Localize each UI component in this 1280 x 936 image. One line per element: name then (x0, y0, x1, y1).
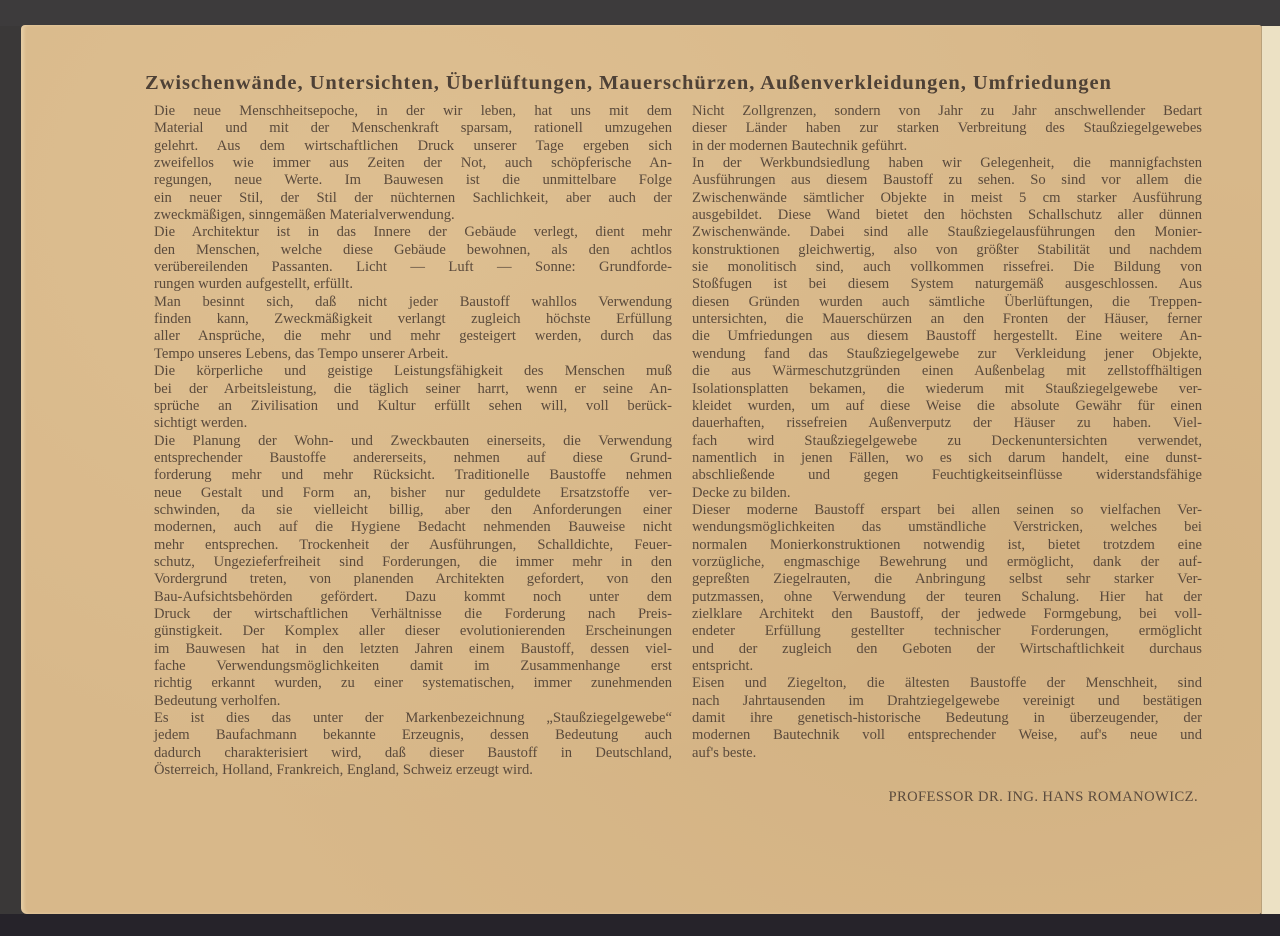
text-line: Ausführungen aus diesem Baustoff zu sehe… (692, 172, 1202, 189)
text-line: zweckmäßigen, sinngemäßen Materialverwen… (154, 207, 672, 224)
text-line: modernen Bautechnik voll entsprechender … (692, 727, 1202, 744)
text-line: sichtigt werden. (154, 415, 672, 432)
text-line: Eisen und Ziegelton, die ältesten Bausto… (692, 675, 1202, 692)
text-line: dauerhaften, rissefreien Außenverputz de… (692, 415, 1202, 432)
text-line: abschließende und gegen Feuchtigkeitsein… (692, 467, 1202, 484)
text-line: die Umfriedungen aus diesem Baustoff her… (692, 328, 1202, 345)
text-line: regungen, neue Werte. Im Bauwesen ist di… (154, 172, 672, 189)
scan-backdrop-bottom (0, 914, 1280, 936)
text-line: Die körperliche und geistige Leistungsfä… (154, 363, 672, 380)
text-line: Bedeutung verholfen. (154, 693, 672, 710)
text-line: entsprechender Baustoffe andererseits, n… (154, 450, 672, 467)
author-signature: PROFESSOR DR. ING. HANS ROMANOWICZ. (692, 789, 1198, 806)
text-line: richtig erkannt wurden, zu einer systema… (154, 675, 672, 692)
text-line: mehr entsprechen. Trockenheit der Ausfüh… (154, 537, 672, 554)
text-line: Es ist dies das unter der Markenbezeichn… (154, 710, 672, 727)
text-line: modernen, auch auf die Hygiene Bedacht n… (154, 519, 672, 536)
paragraph: Es ist dies das unter der Markenbezeichn… (154, 710, 672, 779)
text-line: günstigkeit. Der Komplex aller dieser ev… (154, 623, 672, 640)
text-line: Vordergrund treten, von planenden Archit… (154, 571, 672, 588)
text-line: Decke zu bilden. (692, 485, 1202, 502)
text-line: verübereilenden Passanten. Licht — Luft … (154, 259, 672, 276)
text-line: normalen Monierkonstruktionen notwendig … (692, 537, 1202, 554)
text-line: untersichten, die Mauerschürzen an den F… (692, 311, 1202, 328)
text-line: neue Gestalt und Form an, bisher nur ged… (154, 485, 672, 502)
text-line: im Bauwesen hat in den letzten Jahren ei… (154, 641, 672, 658)
right-text-column: Nicht Zollgrenzen, sondern von Jahr zu J… (692, 103, 1202, 762)
paragraph: Die neue Menschheitsepoche, in der wir l… (154, 103, 672, 224)
text-line: nach Jahrtausenden im Drahtziegelgewebe … (692, 693, 1202, 710)
text-line: fach wird Staußziegelgewebe zu Deckenunt… (692, 433, 1202, 450)
text-line: Die Planung der Wohn- und Zweckbauten ei… (154, 433, 672, 450)
text-line: bei der Arbeitsleistung, die täglich sei… (154, 381, 672, 398)
text-line: Zwischenwände sämtlicher Objekte in meis… (692, 190, 1202, 207)
page-headline: Zwischenwände, Untersichten, Überlüftung… (145, 72, 1205, 95)
text-line: diesen Gründen wurden auch sämtliche Übe… (692, 294, 1202, 311)
text-line: rungen wurden aufgestellt, erfüllt. (154, 276, 672, 293)
text-line: auf's beste. (692, 745, 1202, 762)
text-line: wendungsmöglichkeiten das umständliche V… (692, 519, 1202, 536)
paragraph: Die Planung der Wohn- und Zweckbauten ei… (154, 433, 672, 711)
text-line: aller Ansprüche, die mehr und mehr geste… (154, 328, 672, 345)
text-line: finden kann, Zweckmäßigkeit verlangt zug… (154, 311, 672, 328)
text-line: gepreßten Ziegelrauten, die Anbringung s… (692, 571, 1202, 588)
text-line: gelehrt. Aus dem wirtschaftlichen Druck … (154, 138, 672, 155)
paragraph: Die Architektur ist in das Innere der Ge… (154, 224, 672, 293)
left-text-column: Die neue Menschheitsepoche, in der wir l… (154, 103, 672, 779)
text-line: den Menschen, welche diese Gebäude bewoh… (154, 242, 672, 259)
text-line: Druck der wirtschaftlichen Verhältnisse … (154, 606, 672, 623)
text-line: forderung mehr und mehr Rücksicht. Tradi… (154, 467, 672, 484)
text-line: dadurch charakterisiert wird, daß dieser… (154, 745, 672, 762)
adjacent-page-edge (1261, 26, 1280, 914)
text-line: dieser Länder haben zur starken Verbreit… (692, 120, 1202, 137)
paragraph: In der Werkbundsiedlung haben wir Gelege… (692, 155, 1202, 502)
text-line: und der zugleich den Geboten der Wirtsch… (692, 641, 1202, 658)
text-line: putzmassen, ohne Verwendung der teuren S… (692, 589, 1202, 606)
paragraph: Nicht Zollgrenzen, sondern von Jahr zu J… (692, 103, 1202, 155)
text-line: ein neuer Stil, der Stil der nüchternen … (154, 190, 672, 207)
text-line: namentlich in jenen Fällen, wo es sich d… (692, 450, 1202, 467)
text-line: damit ihre genetisch-historische Bedeutu… (692, 710, 1202, 727)
text-line: Dieser moderne Baustoff erspart bei alle… (692, 502, 1202, 519)
text-line: fache Verwendungsmöglichkeiten damit im … (154, 658, 672, 675)
text-line: Isolationsplatten bekamen, die wiederum … (692, 381, 1202, 398)
paragraph: Man besinnt sich, daß nicht jeder Bausto… (154, 294, 672, 363)
paragraph: Dieser moderne Baustoff erspart bei alle… (692, 502, 1202, 675)
text-line: Material und mit der Menschenkraft spars… (154, 120, 672, 137)
text-line: ausgebildet. Diese Wand bietet den höchs… (692, 207, 1202, 224)
text-line: Die Architektur ist in das Innere der Ge… (154, 224, 672, 241)
text-line: zielklare Architekt den Baustoff, der je… (692, 606, 1202, 623)
text-line: Die neue Menschheitsepoche, in der wir l… (154, 103, 672, 120)
text-line: sprüche an Zivilisation und Kultur erfül… (154, 398, 672, 415)
scan-backdrop-top (0, 0, 1280, 26)
paragraph: Eisen und Ziegelton, die ältesten Bausto… (692, 675, 1202, 762)
text-line: schutz, Ungezieferfreiheit sind Forderun… (154, 554, 672, 571)
text-line: kleidet wurden, um auf diese Weise die a… (692, 398, 1202, 415)
text-line: vorzügliche, engmaschige Bewehrung und e… (692, 554, 1202, 571)
paragraph: Die körperliche und geistige Leistungsfä… (154, 363, 672, 432)
text-line: in der modernen Bautechnik geführt. (692, 138, 1202, 155)
text-line: Zwischenwände. Dabei sind alle Staußzieg… (692, 224, 1202, 241)
text-line: Tempo unseres Lebens, das Tempo unserer … (154, 346, 672, 363)
text-line: Stoßfugen ist bei diesem System naturgem… (692, 276, 1202, 293)
text-line: Nicht Zollgrenzen, sondern von Jahr zu J… (692, 103, 1202, 120)
text-line: In der Werkbundsiedlung haben wir Gelege… (692, 155, 1202, 172)
text-line: entspricht. (692, 658, 1202, 675)
text-line: sie monolitisch sind, auch vollkommen ri… (692, 259, 1202, 276)
text-line: Bau-Aufsichtsbehörden gefördert. Dazu ko… (154, 589, 672, 606)
text-line: Österreich, Holland, Frankreich, England… (154, 762, 672, 779)
text-line: jedem Baufachmann bekannte Erzeugnis, de… (154, 727, 672, 744)
text-line: Man besinnt sich, daß nicht jeder Bausto… (154, 294, 672, 311)
text-line: konstruktionen gleichwertig, also von gr… (692, 242, 1202, 259)
text-line: endeter Erfüllung gestellter technischer… (692, 623, 1202, 640)
text-line: die aus Wärmeschutzgründen einen Außenbe… (692, 363, 1202, 380)
text-line: schwinden, da sie vielleicht billig, abe… (154, 502, 672, 519)
text-line: zweifellos wie immer aus Zeiten der Not,… (154, 155, 672, 172)
text-line: wendung fand das Staußziegelgewebe zur V… (692, 346, 1202, 363)
